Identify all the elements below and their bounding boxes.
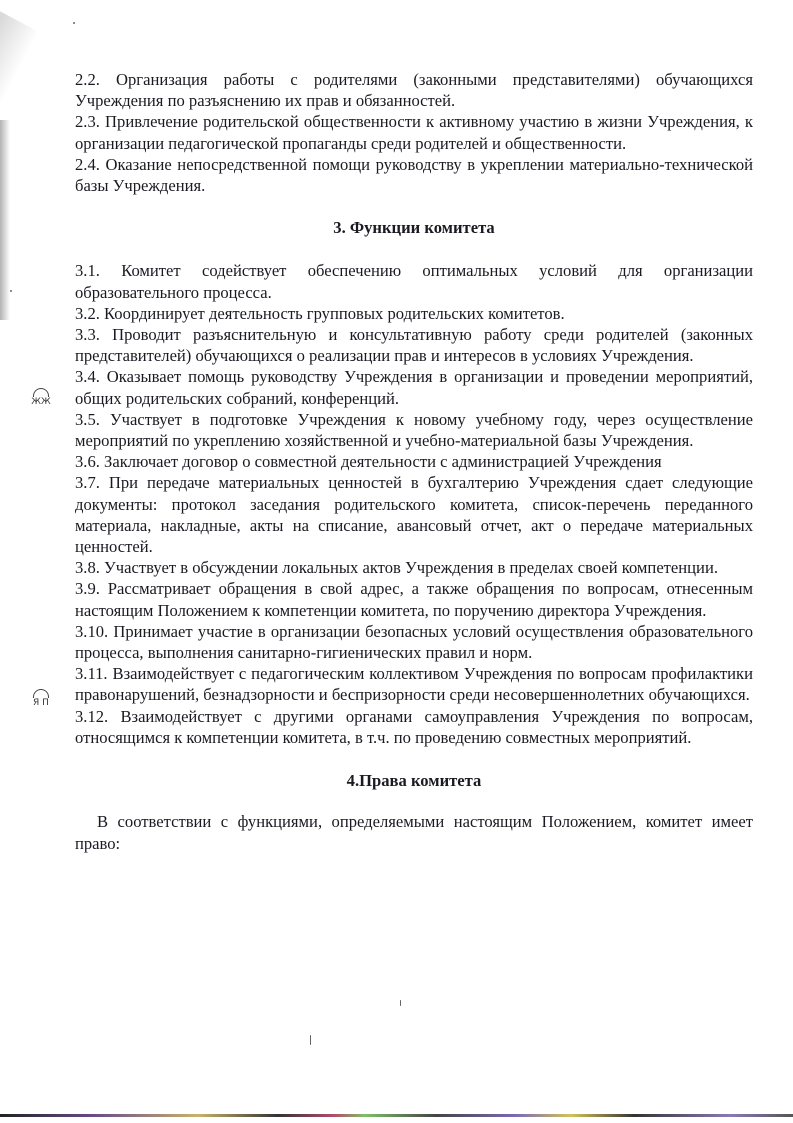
paragraph-3-7: 3.7. При передаче материальных ценностей… [75, 472, 753, 557]
hole-label: ЖЖ [31, 397, 50, 407]
scan-speck [73, 22, 75, 24]
scan-speck [10, 290, 12, 292]
paragraph-3-8: 3.8. Участвует в обсуждении локальных ак… [75, 557, 753, 578]
scan-speck [310, 1035, 311, 1045]
hole-arc-icon [33, 388, 49, 397]
binder-hole-mark-top: ЖЖ [30, 388, 52, 410]
scan-bottom-edge [0, 1114, 793, 1117]
paragraph-2-3: 2.3. Привлечение родительской общественн… [75, 111, 753, 153]
section-3-heading: 3. Функции комитета [75, 217, 753, 238]
section-2-list: 2.2. Организация работы с родителями (за… [75, 69, 753, 196]
paragraph-3-6: 3.6. Заключает договор о совместной деят… [75, 451, 753, 472]
paragraph-3-11: 3.11. Взаимодействует с педагогическим к… [75, 663, 753, 705]
paragraph-2-4: 2.4. Оказание непосредственной помощи ру… [75, 154, 753, 196]
paragraph-3-9: 3.9. Рассматривает обращения в свой адре… [75, 578, 753, 620]
scan-speck [400, 1000, 401, 1006]
hole-label: Я П [33, 698, 49, 708]
paragraph-3-2: 3.2. Координирует деятельность групповых… [75, 303, 753, 324]
paragraph-3-1: 3.1. Комитет содействует обеспечению опт… [75, 260, 753, 302]
section-3-list: 3.1. Комитет содействует обеспечению опт… [75, 260, 753, 748]
paragraph-3-3: 3.3. Проводит разъяснительную и консульт… [75, 324, 753, 366]
paragraph-3-12: 3.12. Взаимодействует с другими органами… [75, 706, 753, 748]
paragraph-3-4: 3.4. Оказывает помощь руководству Учрежд… [75, 366, 753, 408]
paragraph-2-2: 2.2. Организация работы с родителями (за… [75, 69, 753, 111]
paragraph-3-5: 3.5. Участвует в подготовке Учреждения к… [75, 409, 753, 451]
binder-hole-mark-bottom: Я П [30, 689, 52, 711]
paragraph-3-10: 3.10. Принимает участие в организации бе… [75, 621, 753, 663]
section-4-intro: В соответствии с функциями, определяемым… [75, 811, 753, 853]
document-page: 2.2. Организация работы с родителями (за… [75, 69, 753, 854]
section-4-heading: 4.Права комитета [75, 770, 753, 791]
scan-edge-shadow [0, 120, 10, 320]
hole-arc-icon [33, 689, 49, 698]
